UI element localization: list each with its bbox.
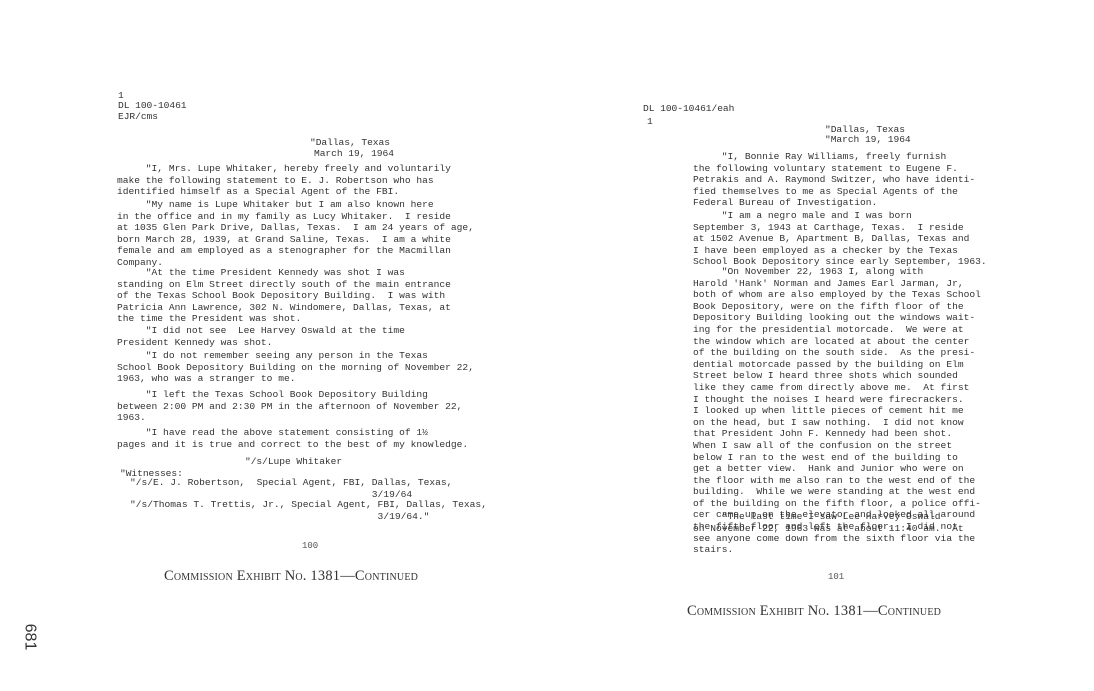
left-paragraph-7: "I have read the above statement consist… — [117, 427, 468, 450]
text-line: Harold 'Hank' Norman and James Earl Jarm… — [693, 278, 981, 290]
text-line: I looked up when little pieces of cement… — [693, 405, 981, 417]
left-paragraph-6: "I left the Texas School Book Depository… — [117, 389, 462, 424]
text-line: When I saw all of the confusion on the s… — [693, 440, 981, 452]
text-line: Patricia Ann Lawrence, 302 N. Windomere,… — [117, 302, 451, 314]
text-line: the floor with me also ran to the west e… — [693, 475, 981, 487]
text-line: born March 28, 1939, at Grand Saline, Te… — [117, 234, 474, 246]
text-line: at 1035 Glen Park Drive, Dallas, Texas. … — [117, 222, 474, 234]
text-line: at 1502 Avenue B, Apartment B, Dallas, T… — [693, 233, 987, 245]
text-line: "I have read the above statement consist… — [117, 427, 468, 439]
text-line: "/s/Thomas T. Trettis, Jr., Special Agen… — [130, 499, 487, 511]
text-line: "The last time I saw Lee Harvey Oswald — [693, 511, 964, 523]
left-initials: EJR/cms — [118, 111, 158, 123]
text-line: "I did not see Lee Harvey Oswald at the … — [117, 325, 405, 337]
text-line: stairs. — [693, 544, 981, 556]
right-paragraph-1: "I, Bonnie Ray Williams, freely furnisht… — [693, 151, 975, 209]
text-line: both of whom are also employed by the Te… — [693, 289, 981, 301]
text-line: female and am employed as a stenographer… — [117, 245, 474, 257]
text-line: Book Depository, were on the fifth floor… — [693, 301, 981, 313]
left-witness-2: "/s/Thomas T. Trettis, Jr., Special Agen… — [130, 499, 487, 522]
text-line: 1963, who was a stranger to me. — [117, 373, 474, 385]
text-line: identified himself as a Special Agent of… — [117, 186, 451, 198]
text-line: between 2:00 PM and 2:30 PM in the after… — [117, 401, 462, 413]
text-line: "At the time President Kennedy was shot … — [117, 267, 451, 279]
left-paragraph-2: "My name is Lupe Whitaker but I am also … — [117, 199, 474, 269]
text-line: on the head, but I saw nothing. I did no… — [693, 417, 981, 429]
text-line: Street below I heard three shots which s… — [693, 370, 981, 382]
text-line: get a better view. Hank and Junior who w… — [693, 463, 981, 475]
text-line: School Book Depository Building on the m… — [117, 362, 474, 374]
text-line: below I ran to the west end of the build… — [693, 452, 981, 464]
right-file-number: DL 100-10461/eah — [643, 103, 734, 115]
left-signature: "/s/Lupe Whitaker — [245, 456, 342, 468]
text-line: of the Texas School Book Depository Buil… — [117, 290, 451, 302]
text-line: the window which are located at about th… — [693, 336, 981, 348]
left-paragraph-5: "I do not remember seeing any person in … — [117, 350, 474, 385]
text-line: President Kennedy was shot. — [117, 337, 405, 349]
text-line: "I, Mrs. Lupe Whitaker, hereby freely an… — [117, 163, 451, 175]
text-line: "/s/E. J. Robertson, Special Agent, FBI,… — [130, 477, 452, 489]
left-dateline-city: "Dallas, Texas — [310, 137, 390, 149]
text-line: ing for the presidential motorcade. We w… — [693, 324, 981, 336]
text-line: I have been employed as a checker by the… — [693, 245, 987, 257]
text-line: Depository Building looking out the wind… — [693, 312, 981, 324]
text-line: standing on Elm Street directly south of… — [117, 279, 451, 291]
text-line: of the building on the south side. As th… — [693, 347, 981, 359]
text-line: "My name is Lupe Whitaker but I am also … — [117, 199, 474, 211]
right-dateline-date: "March 19, 1964 — [825, 134, 911, 146]
text-line: like they came from directly above me. A… — [693, 382, 981, 394]
left-paragraph-4: "I did not see Lee Harvey Oswald at the … — [117, 325, 405, 348]
text-line: I thought the noises I heard were firecr… — [693, 394, 981, 406]
left-paragraph-3: "At the time President Kennedy was shot … — [117, 267, 451, 325]
text-line: on November 22, 1963 was at about 11:40 … — [693, 523, 964, 535]
right-page-number: 101 — [828, 572, 844, 582]
margin-page-number: 681 — [20, 624, 38, 651]
left-exhibit-caption: Commission Exhibit No. 1381—Continued — [164, 568, 418, 585]
text-line: 3/19/64." — [130, 511, 487, 523]
text-line: make the following statement to E. J. Ro… — [117, 175, 451, 187]
text-line: "I am a negro male and I was born — [693, 210, 987, 222]
text-line: fied themselves to me as Special Agents … — [693, 186, 975, 198]
text-line: "On November 22, 1963 I, along with — [693, 266, 981, 278]
right-exhibit-caption: Commission Exhibit No. 1381—Continued — [687, 603, 941, 620]
text-line: Petrakis and A. Raymond Switzer, who hav… — [693, 174, 975, 186]
text-line: "I, Bonnie Ray Williams, freely furnish — [693, 151, 975, 163]
text-line: September 3, 1943 at Carthage, Texas. I … — [693, 222, 987, 234]
left-page-number: 100 — [302, 541, 318, 551]
left-file-number: DL 100-10461 — [118, 100, 187, 112]
text-line: Federal Bureau of Investigation. — [693, 197, 975, 209]
text-line: building. While we were standing at the … — [693, 486, 981, 498]
text-line: dential motorcade passed by the building… — [693, 359, 981, 371]
text-line: that President John F. Kennedy had been … — [693, 428, 981, 440]
text-line: 1963. — [117, 412, 462, 424]
left-witness-1: "/s/E. J. Robertson, Special Agent, FBI,… — [130, 477, 452, 500]
left-dateline-date: March 19, 1964 — [314, 148, 394, 160]
text-line: the following voluntary statement to Eug… — [693, 163, 975, 175]
text-line: pages and it is true and correct to the … — [117, 439, 468, 451]
right-paragraph-2: "I am a negro male and I was bornSeptemb… — [693, 210, 987, 268]
right-paragraph-4: "The last time I saw Lee Harvey Oswaldon… — [693, 511, 964, 534]
text-line: see anyone come down from the sixth floo… — [693, 533, 981, 545]
text-line: "I left the Texas School Book Depository… — [117, 389, 462, 401]
left-paragraph-1: "I, Mrs. Lupe Whitaker, hereby freely an… — [117, 163, 451, 198]
text-line: "I do not remember seeing any person in … — [117, 350, 474, 362]
text-line: the time the President was shot. — [117, 313, 451, 325]
text-line: in the office and in my family as Lucy W… — [117, 211, 474, 223]
text-line: of the building on the fifth floor, a po… — [693, 498, 981, 510]
right-page-mark: 1 — [647, 116, 653, 128]
